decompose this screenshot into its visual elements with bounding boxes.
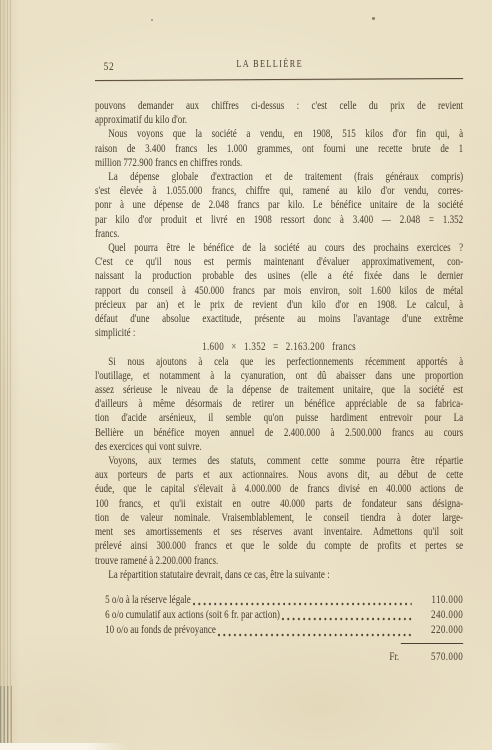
total-currency-label: Fr. [389, 650, 399, 664]
text-line: Si nous ajoutons à cela que ies perfecti… [95, 355, 463, 369]
text-line: rapport du conseil à 450.000 francs par … [95, 284, 463, 298]
text-line: tion de valeur nominale. Vraisemblableme… [95, 511, 463, 525]
text-line: francs. [95, 227, 463, 241]
text-line: prélevé ainsi 300.000 francs et que le s… [95, 539, 463, 553]
row-label: 6 o/o cumulatif aux actions (soit 6 fr. … [105, 607, 280, 622]
text-line: trouve ramené à 2.200.000 francs. [95, 554, 463, 568]
page-edges-bottom [0, 686, 14, 744]
text-line: éude, que le capital s'élevait à 4.000.0… [95, 482, 463, 496]
row-label: 10 o/o au fonds de prévoyance [105, 622, 216, 637]
text-line: ponr à une dépense de 2.048 francs par k… [95, 198, 463, 212]
dot-leader [192, 596, 411, 607]
text-line: Quel pourra être le bénéfice de la socié… [95, 241, 463, 255]
total-value: 570.000 [418, 650, 463, 664]
text-line: Nous voyons que la société a vendu, en 1… [95, 127, 463, 141]
text-line: ment ses amortissements et ses réserves … [95, 525, 463, 539]
formula-line: 1.600 × 1.352 = 2.163.200 francs [95, 340, 463, 354]
text-line: La dépense globale d'extraction et de tr… [95, 170, 463, 184]
total-row: Fr.570.000 [95, 650, 463, 664]
text-line: par kilo d'or produit et livré en 1908 r… [95, 213, 463, 227]
dot-leader [217, 627, 411, 638]
paper-speck [151, 19, 153, 21]
text-line: d'ailleurs à même désormais de retirer u… [95, 397, 463, 411]
row-value: 110.000 [418, 592, 463, 607]
scanned-book-page: 52 LA BELLIÈRE pouvons demander aux chif… [0, 0, 492, 750]
text-line: 100 francs, et qu'ii existait en outre 4… [95, 497, 463, 511]
page-header: 52 LA BELLIÈRE [95, 58, 463, 73]
text-line: défaut d'une absolue exactitude, présent… [95, 312, 463, 326]
text-line: Bellière un bénéfice moyen annuel de 2.4… [95, 426, 463, 440]
text-line: pouvons demander aux chiffres ci-dessus … [95, 99, 463, 113]
dot-leader [281, 611, 411, 622]
row-value: 240.000 [418, 607, 463, 622]
text-line: l'outillage, et notamment à la cyanurati… [95, 369, 463, 383]
text-line: C'est ce qu'il nous est permis maintenan… [95, 255, 463, 269]
text-line: des exercices qui vont suivre. [95, 440, 463, 454]
text-line: approximatif du kilo d'or. [95, 113, 463, 127]
text-line: million 772.900 francs en chiffres ronds… [95, 156, 463, 170]
header-rule [95, 78, 463, 81]
text-line: aux porteurs de parts et aux actionnaire… [95, 468, 463, 482]
text-line: précieux par an) et le prix de revient d… [95, 298, 463, 312]
text-line: tion d'acide arsénieux, il semble qu'on … [95, 411, 463, 425]
text-line: naissant la production probable des usin… [95, 269, 463, 283]
text-line: Voyons, aux termes des statuts, comment … [95, 454, 463, 468]
page-edge-highlight [0, 743, 128, 750]
table-row: 6 o/o cumulatif aux actions (soit 6 fr. … [95, 607, 463, 622]
text-line: s'est élevée à 1.055.000 francs, chiffre… [95, 184, 463, 198]
text-line: La répartition statutaire devrait, dans … [95, 568, 463, 582]
book-gutter-edge [0, 0, 13, 750]
distribution-table: 5 o/o à la réserve légale110.0006 o/o cu… [95, 592, 463, 664]
row-label: 5 o/o à la réserve légale [105, 592, 191, 607]
body-text-block-1: pouvons demander aux chiffres ci-dessus … [95, 99, 463, 340]
running-title: LA BELLIÈRE [86, 59, 454, 70]
table-row: 10 o/o au fonds de prévoyance220.000 [95, 622, 463, 637]
body-text-block-2: Si nous ajoutons à cela que ies perfecti… [95, 355, 463, 582]
text-line: simplicité : [95, 326, 463, 340]
text-line: raison de 3.400 francs les 1.000 grammes… [95, 142, 463, 156]
paper-speck [372, 17, 375, 20]
text-line: assez sérieuse le niveau de la dépense d… [95, 383, 463, 397]
table-row: 5 o/o à la réserve légale110.000 [95, 592, 463, 607]
row-value: 220.000 [418, 622, 463, 637]
total-rule [401, 643, 463, 644]
text-column: 52 LA BELLIÈRE pouvons demander aux chif… [95, 58, 463, 664]
